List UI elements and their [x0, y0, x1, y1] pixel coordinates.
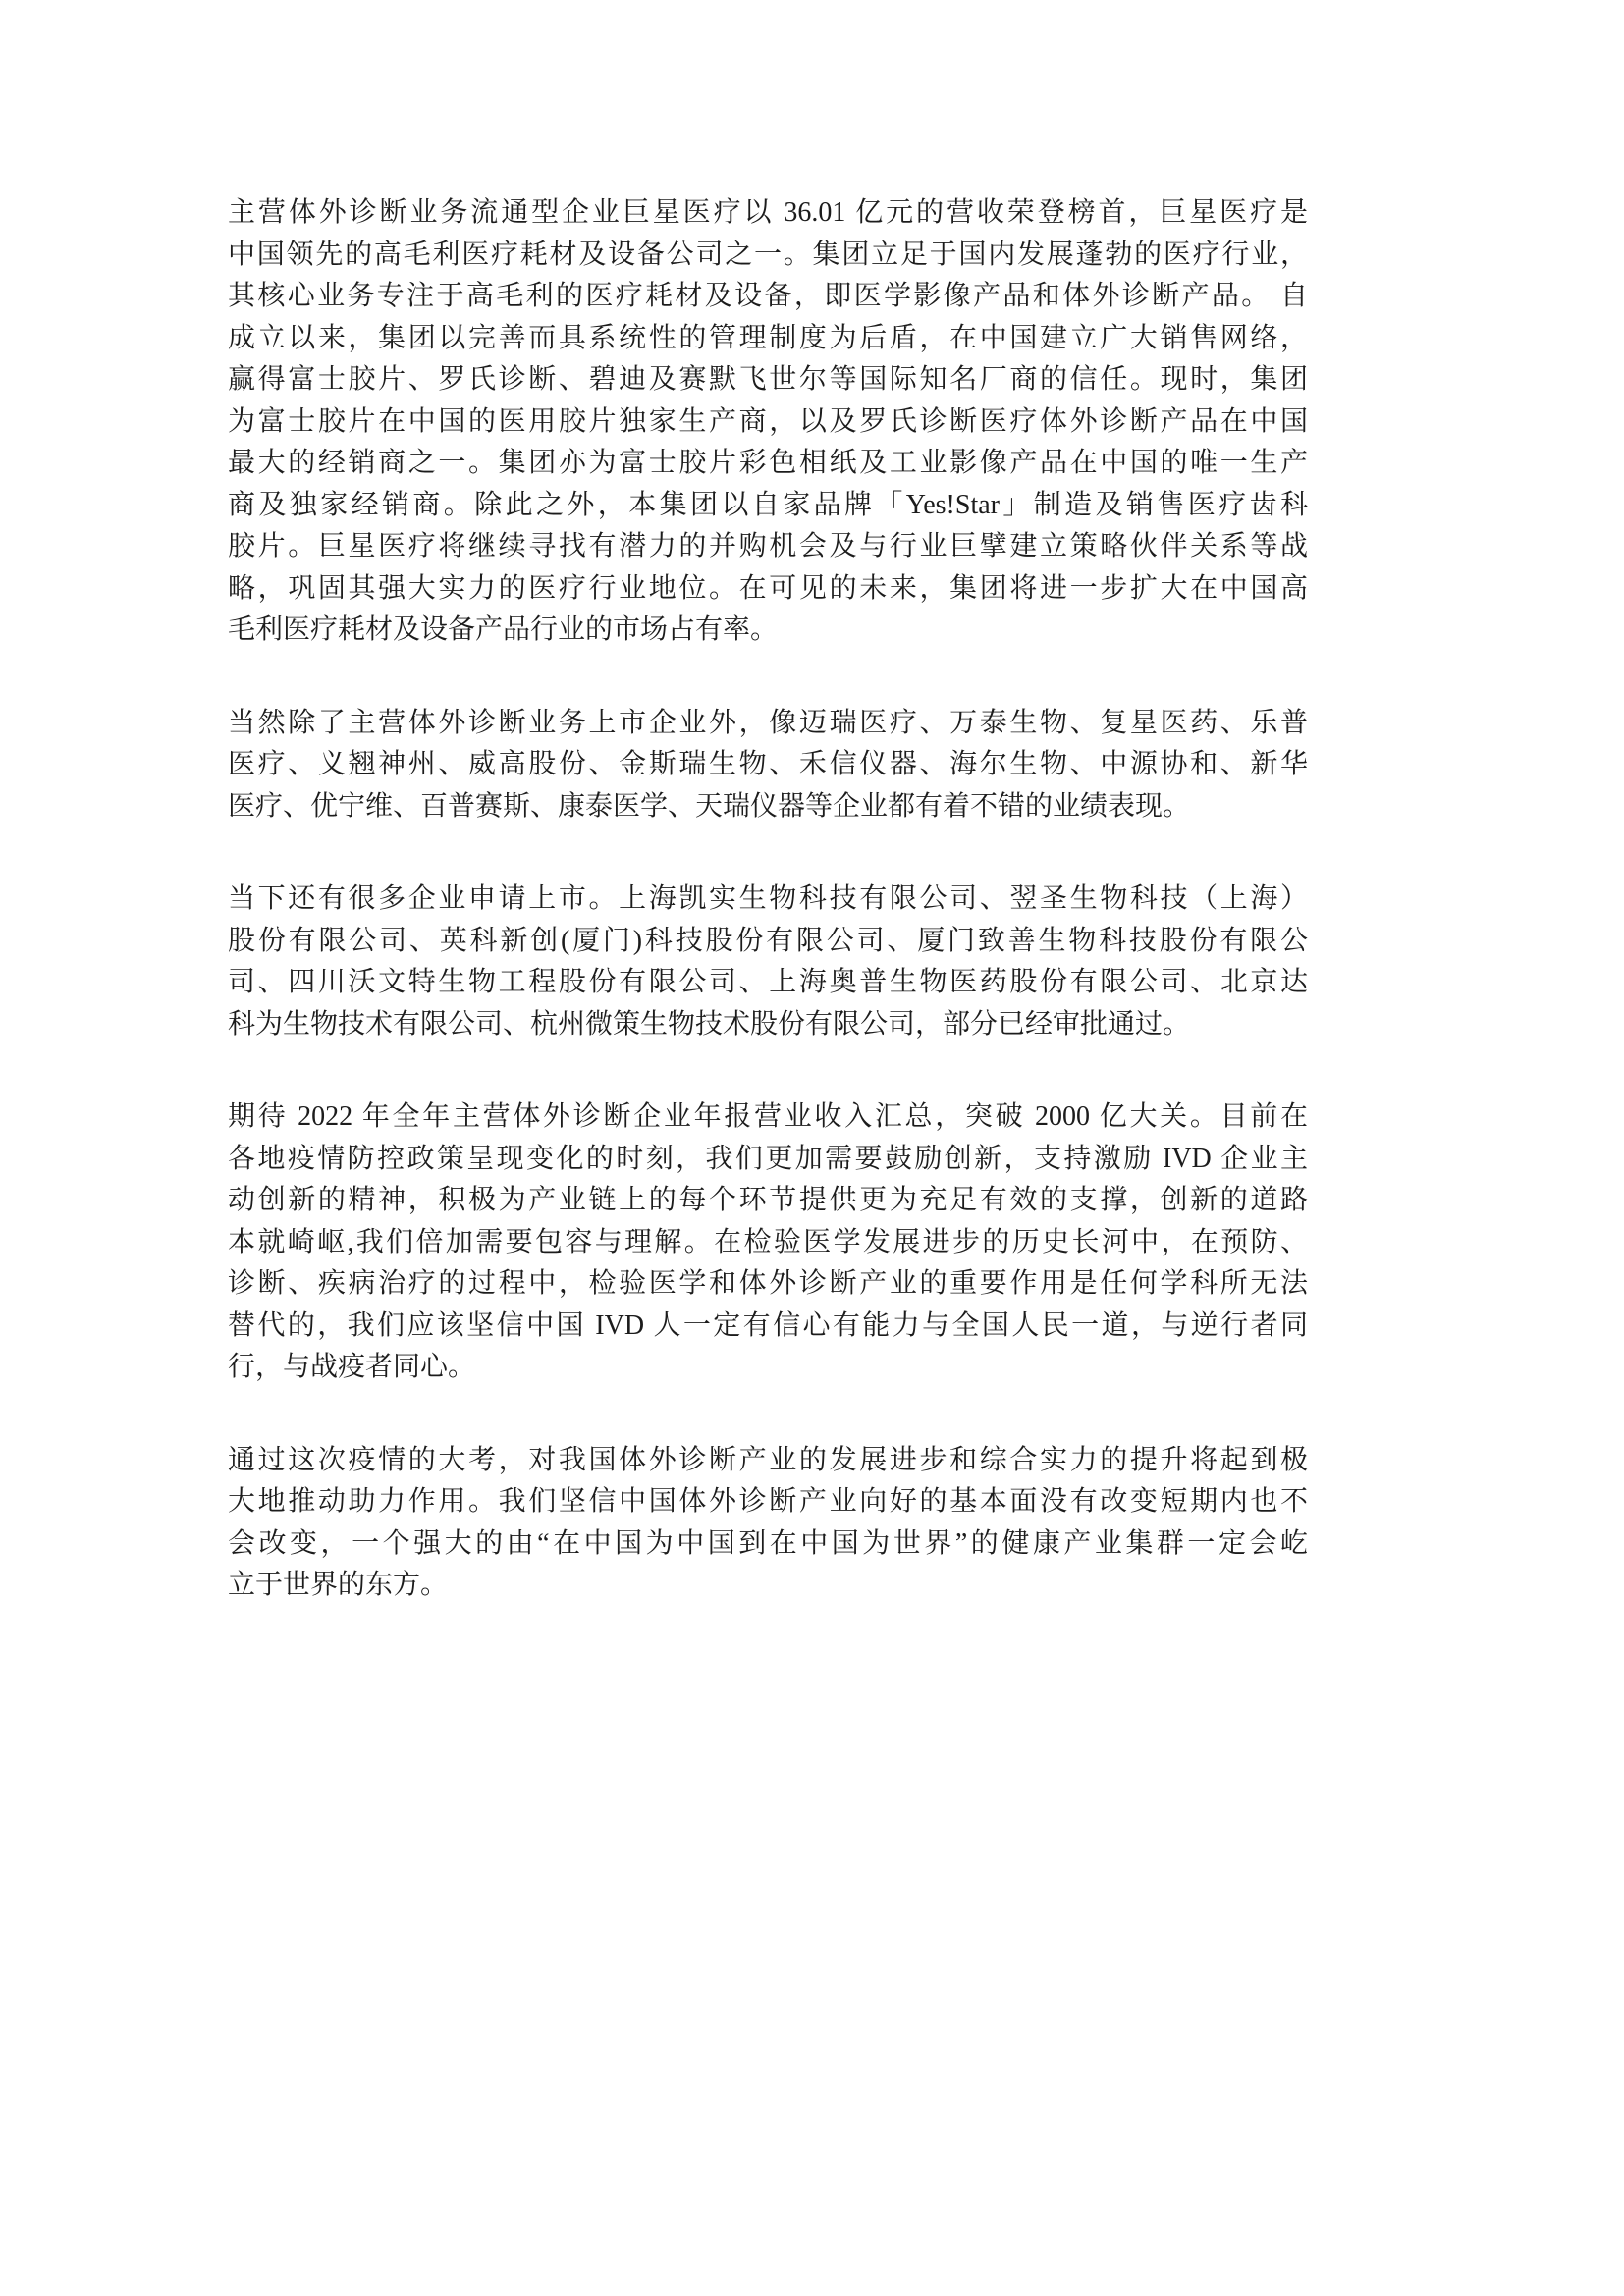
text-line: 替代的，我们应该坚信中国 IVD 人一定有信心有能力与全国人民一道，与逆行者同: [228, 1306, 1308, 1348]
text-line: 各地疫情防控政策呈现变化的时刻，我们更加需要鼓励创新，支持激励 IVD 企业主: [228, 1139, 1308, 1181]
text-line: 当下还有很多企业申请上市。上海凯实生物科技有限公司、翌圣生物科技（上海）: [228, 879, 1308, 921]
text-line: 期待 2022 年全年主营体外诊断企业年报营业收入汇总，突破 2000 亿大关。…: [228, 1096, 1308, 1139]
text-line: 医疗、优宁维、百普赛斯、康泰医学、天瑞仪器等企业都有着不错的业绩表现。: [228, 786, 1308, 828]
document-page: 主营体外诊断业务流通型企业巨星医疗以 36.01 亿元的营收荣登榜首，巨星医疗是…: [0, 0, 1624, 2296]
text-line: 行，与战疫者同心。: [228, 1347, 1308, 1389]
text-line: 司、四川沃文特生物工程股份有限公司、上海奥普生物医药股份有限公司、北京达: [228, 962, 1308, 1004]
text-line: 科为生物技术有限公司、杭州微策生物技术股份有限公司，部分已经审批通过。: [228, 1004, 1308, 1046]
text-line: 大地推动助力作用。我们坚信中国体外诊断产业向好的基本面没有改变短期内也不: [228, 1481, 1308, 1523]
text-line: 赢得富士胶片、罗氏诊断、碧迪及赛默飞世尔等国际知名厂商的信任。现时，集团: [228, 359, 1308, 401]
text-line: 成立以来，集团以完善而具系统性的管理制度为后盾，在中国建立广大销售网络，: [228, 318, 1308, 360]
text-line: 商及独家经销商。除此之外，本集团以自家品牌「Yes!Star」制造及销售医疗齿科: [228, 485, 1308, 527]
paragraph-5: 通过这次疫情的大考，对我国体外诊断产业的发展进步和综合实力的提升将起到极 大地推…: [228, 1440, 1308, 1607]
text-line: 医疗、义翘神州、威高股份、金斯瑞生物、禾信仪器、海尔生物、中源协和、新华: [228, 744, 1308, 786]
text-line: 动创新的精神，积极为产业链上的每个环节提供更为充足有效的支撑，创新的道路: [228, 1180, 1308, 1222]
text-line: 会改变，一个强大的由“在中国为中国到在中国为世界”的健康产业集群一定会屹: [228, 1523, 1308, 1566]
text-line: 通过这次疫情的大考，对我国体外诊断产业的发展进步和综合实力的提升将起到极: [228, 1440, 1308, 1482]
text-line: 为富士胶片在中国的医用胶片独家生产商，以及罗氏诊断医疗体外诊断产品在中国: [228, 401, 1308, 444]
paragraph-1: 主营体外诊断业务流通型企业巨星医疗以 36.01 亿元的营收荣登榜首，巨星医疗是…: [228, 192, 1308, 652]
text-line: 最大的经销商之一。集团亦为富士胶片彩色相纸及工业影像产品在中国的唯一生产: [228, 443, 1308, 485]
text-line: 毛利医疗耗材及设备产品行业的市场占有率。: [228, 610, 1308, 652]
text-line: 股份有限公司、英科新创(厦门)科技股份有限公司、厦门致善生物科技股份有限公: [228, 921, 1308, 963]
text-line: 当然除了主营体外诊断业务上市企业外，像迈瑞医疗、万泰生物、复星医药、乐普: [228, 703, 1308, 745]
paragraph-4: 期待 2022 年全年主营体外诊断企业年报营业收入汇总，突破 2000 亿大关。…: [228, 1096, 1308, 1389]
text-line: 立于世界的东方。: [228, 1565, 1308, 1607]
text-line: 诊断、疾病治疗的过程中，检验医学和体外诊断产业的重要作用是任何学科所无法: [228, 1263, 1308, 1306]
text-line: 胶片。巨星医疗将继续寻找有潜力的并购机会及与行业巨擘建立策略伙伴关系等战: [228, 526, 1308, 568]
paragraph-3: 当下还有很多企业申请上市。上海凯实生物科技有限公司、翌圣生物科技（上海） 股份有…: [228, 879, 1308, 1045]
text-column: 主营体外诊断业务流通型企业巨星医疗以 36.01 亿元的营收荣登榜首，巨星医疗是…: [228, 192, 1308, 1658]
text-line: 略，巩固其强大实力的医疗行业地位。在可见的未来，集团将进一步扩大在中国高: [228, 568, 1308, 611]
text-line: 其核心业务专注于高毛利的医疗耗材及设备，即医学影像产品和体外诊断产品。 自: [228, 276, 1308, 318]
text-line: 本就崎岖,我们倍加需要包容与理解。在检验医学发展进步的历史长河中，在预防、: [228, 1222, 1308, 1264]
text-line: 中国领先的高毛利医疗耗材及设备公司之一。集团立足于国内发展蓬勃的医疗行业，: [228, 235, 1308, 277]
paragraph-2: 当然除了主营体外诊断业务上市企业外，像迈瑞医疗、万泰生物、复星医药、乐普 医疗、…: [228, 703, 1308, 828]
text-line: 主营体外诊断业务流通型企业巨星医疗以 36.01 亿元的营收荣登榜首，巨星医疗是: [228, 192, 1308, 235]
